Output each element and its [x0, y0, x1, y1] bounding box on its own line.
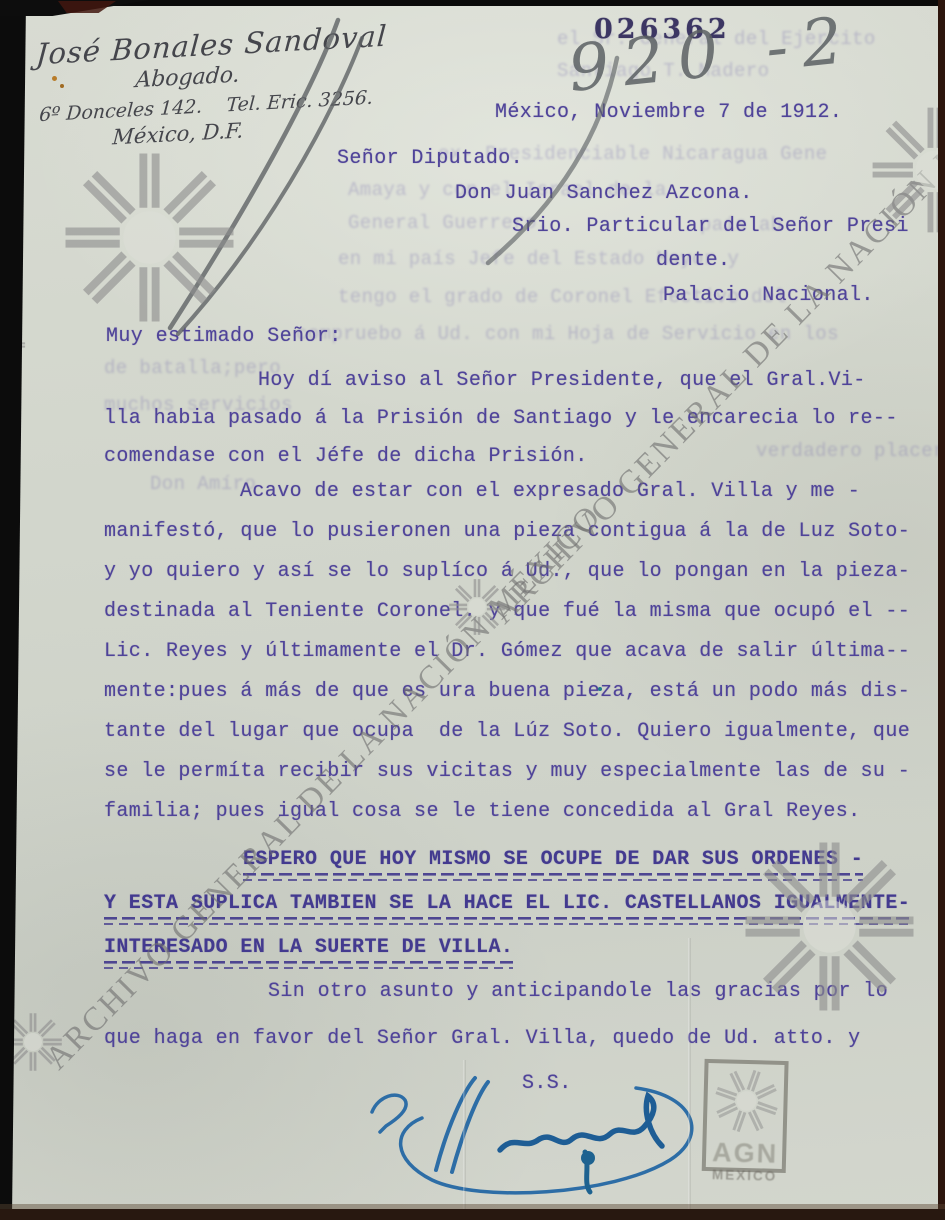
paper-crease [463, 1060, 466, 1212]
signature-stroke [372, 1095, 406, 1132]
photo-edge-bottom [0, 1209, 945, 1220]
signature-ink-blot [581, 1151, 595, 1165]
photo-edge-right [938, 0, 945, 1220]
letter-scan-page: el Sr. General del EjercitoSantiago T. M… [0, 0, 945, 1220]
paper-speck [598, 687, 602, 691]
paper-speck [52, 76, 57, 81]
signature-stroke [436, 1078, 488, 1172]
watermark-star-icon [742, 839, 917, 1014]
watermark-star-icon [870, 105, 945, 235]
watermark-star-icon [448, 578, 506, 636]
paper-crease [688, 938, 691, 1212]
watermark-star-icon [62, 150, 237, 325]
signature-stroke [500, 1096, 662, 1150]
paper-speck [60, 84, 64, 88]
